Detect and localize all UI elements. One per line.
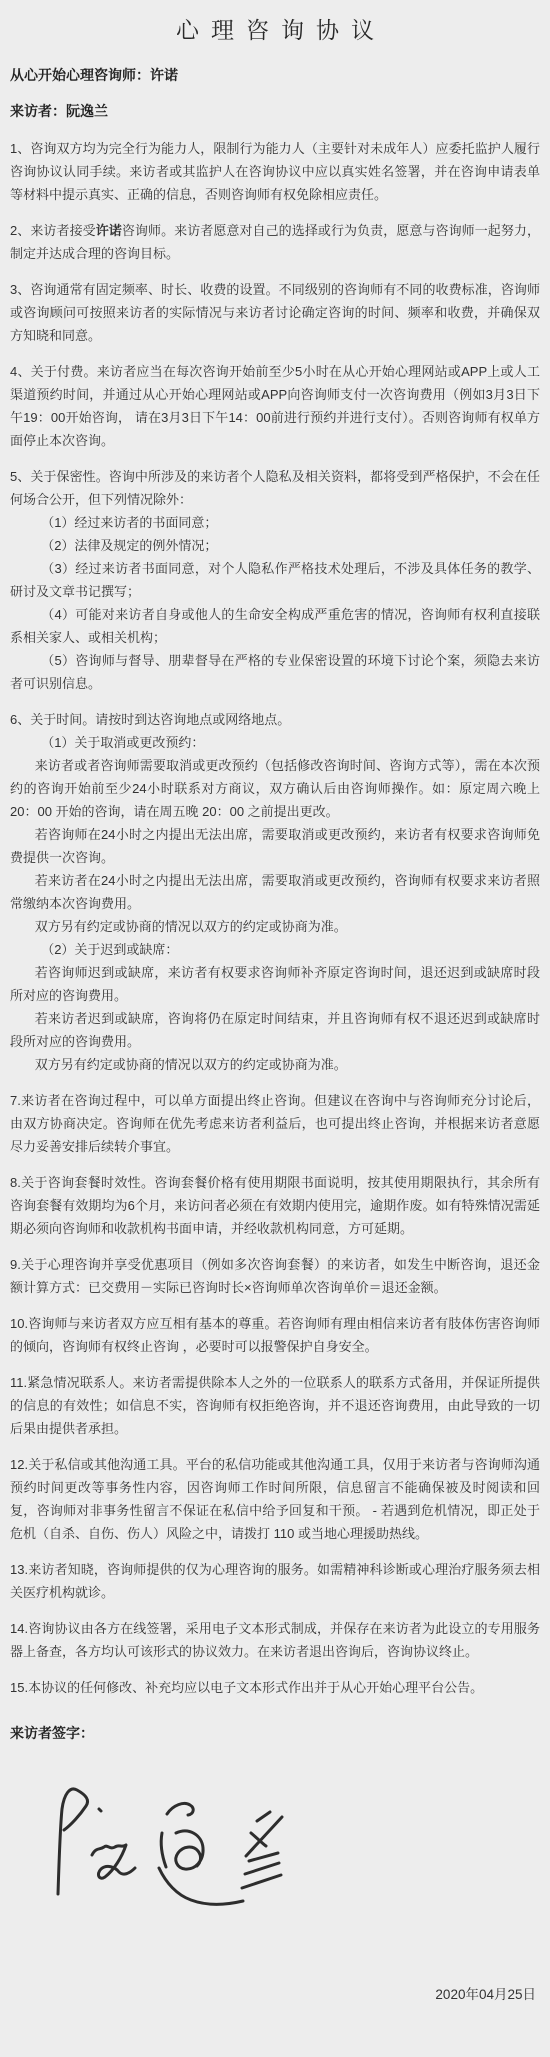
visitor-signature-label: 来访者签字： bbox=[10, 1723, 540, 1743]
visitor-line: 来访者：阮逸兰 bbox=[10, 101, 540, 121]
agreement-paragraph: （2）法律及规定的例外情况； bbox=[10, 534, 540, 557]
agreement-paragraph: 14.咨询协议由各方在线签署，采用电子文本形式制成，并保存在来访者为此设立的专用… bbox=[10, 1617, 540, 1663]
agreement-paragraph: 来访者或者咨询师需要取消或更改预约（包括修改咨询时间、咨询方式等），需在本次预约… bbox=[10, 754, 540, 823]
agreement-paragraph: 若来访者在24小时之内提出无法出席，需要取消或更改预约，咨询师有权要求来访者照常… bbox=[10, 869, 540, 915]
agreement-paragraph: （5）咨询师与督导、朋辈督导在严格的专业保密设置的环境下讨论个案，须隐去来访者可… bbox=[10, 649, 540, 695]
agreement-paragraph: 11.紧急情况联系人。来访者需提供除本人之外的一位联系人的联系方式备用，并保证所… bbox=[10, 1371, 540, 1440]
visitor-signature-handwriting bbox=[30, 1757, 330, 1937]
agreement-paragraph: 4、关于付费。来访者应当在每次咨询开始前至少5小时在从心开始心理网站或APP上或… bbox=[10, 360, 540, 452]
agreement-paragraph: 12.关于私信或其他沟通工具。平台的私信功能或其他沟通工具，仅用于来访者与咨询师… bbox=[10, 1453, 540, 1545]
agreement-document: 心理咨询协议 从心开始心理咨询师：许诺 来访者：阮逸兰 1、咨询双方均为完全行为… bbox=[0, 0, 550, 2057]
agreement-paragraph: （2）关于迟到或缺席： bbox=[10, 938, 540, 961]
counselor-line: 从心开始心理咨询师：许诺 bbox=[10, 65, 540, 85]
agreement-paragraph: （1）经过来访者的书面同意； bbox=[10, 511, 540, 534]
agreement-paragraph: 9.关于心理咨询并享受优惠项目（例如多次咨询套餐）的来访者，如发生中断咨询，退还… bbox=[10, 1253, 540, 1299]
agreement-paragraph: 15.本协议的任何修改、补充均应以电子文本形式作出并于从心开始心理平台公告。 bbox=[10, 1676, 540, 1699]
agreement-paragraph: 6、关于时间。请按时到达咨询地点或网络地点。 bbox=[10, 708, 540, 731]
agreement-paragraph: 若咨询师迟到或缺席，来访者有权要求咨询师补齐原定咨询时间，退还迟到或缺席时段所对… bbox=[10, 961, 540, 1007]
signing-date: 2020年04月25日 bbox=[10, 1983, 540, 2003]
agreement-paragraph: 若咨询师在24小时之内提出无法出席，需要取消或更改预约，来访者有权要求咨询师免费… bbox=[10, 823, 540, 869]
agreement-paragraph: （3）经过来访者书面同意，对个人隐私作严格技术处理后，不涉及具体任务的教学、研讨… bbox=[10, 557, 540, 603]
agreement-paragraph: 10.咨询师与来访者双方应互相有基本的尊重。若咨询师有理由相信来访者有肢体伤害咨… bbox=[10, 1312, 540, 1358]
signature-area bbox=[10, 1743, 540, 1943]
agreement-paragraph: 1、咨询双方均为完全行为能力人，限制行为能力人（主要针对未成年人）应委托监护人履… bbox=[10, 137, 540, 206]
counselor-name-emphasis: 许诺 bbox=[96, 223, 122, 238]
agreement-paragraph: 双方另有约定或协商的情况以双方的约定或协商为准。 bbox=[10, 915, 540, 938]
agreement-paragraph: 2、来访者接受许诺咨询师。来访者愿意对自己的选择或行为负责，愿意与咨询师一起努力… bbox=[10, 219, 540, 265]
agreement-paragraph: （1）关于取消或更改预约： bbox=[10, 731, 540, 754]
agreement-body: 1、咨询双方均为完全行为能力人，限制行为能力人（主要针对未成年人）应委托监护人履… bbox=[10, 137, 540, 1699]
agreement-paragraph: 7.来访者在咨询过程中，可以单方面提出终止咨询。但建议在咨询中与咨询师充分讨论后… bbox=[10, 1089, 540, 1158]
agreement-paragraph: 5、关于保密性。咨询中所涉及的来访者个人隐私及相关资料，都将受到严格保护，不会在… bbox=[10, 465, 540, 511]
agreement-paragraph: 8.关于咨询套餐时效性。咨询套餐价格有使用期限书面说明，按其使用期限执行，其余所… bbox=[10, 1171, 540, 1240]
agreement-paragraph: 13.来访者知晓，咨询师提供的仅为心理咨询的服务。如需精神科诊断或心理治疗服务须… bbox=[10, 1558, 540, 1604]
page-title: 心理咨询协议 bbox=[10, 12, 540, 45]
agreement-paragraph: （4）可能对来访者自身或他人的生命安全构成严重危害的情况，咨询师有权利直接联系相… bbox=[10, 603, 540, 649]
agreement-paragraph: 若来访者迟到或缺席，咨询将仍在原定时间结束，并且咨询师有权不退还迟到或缺席时段所… bbox=[10, 1007, 540, 1053]
agreement-paragraph: 3、咨询通常有固定频率、时长、收费的设置。不同级别的咨询师有不同的收费标准，咨询… bbox=[10, 278, 540, 347]
agreement-paragraph: 双方另有约定或协商的情况以双方的约定或协商为准。 bbox=[10, 1053, 540, 1076]
